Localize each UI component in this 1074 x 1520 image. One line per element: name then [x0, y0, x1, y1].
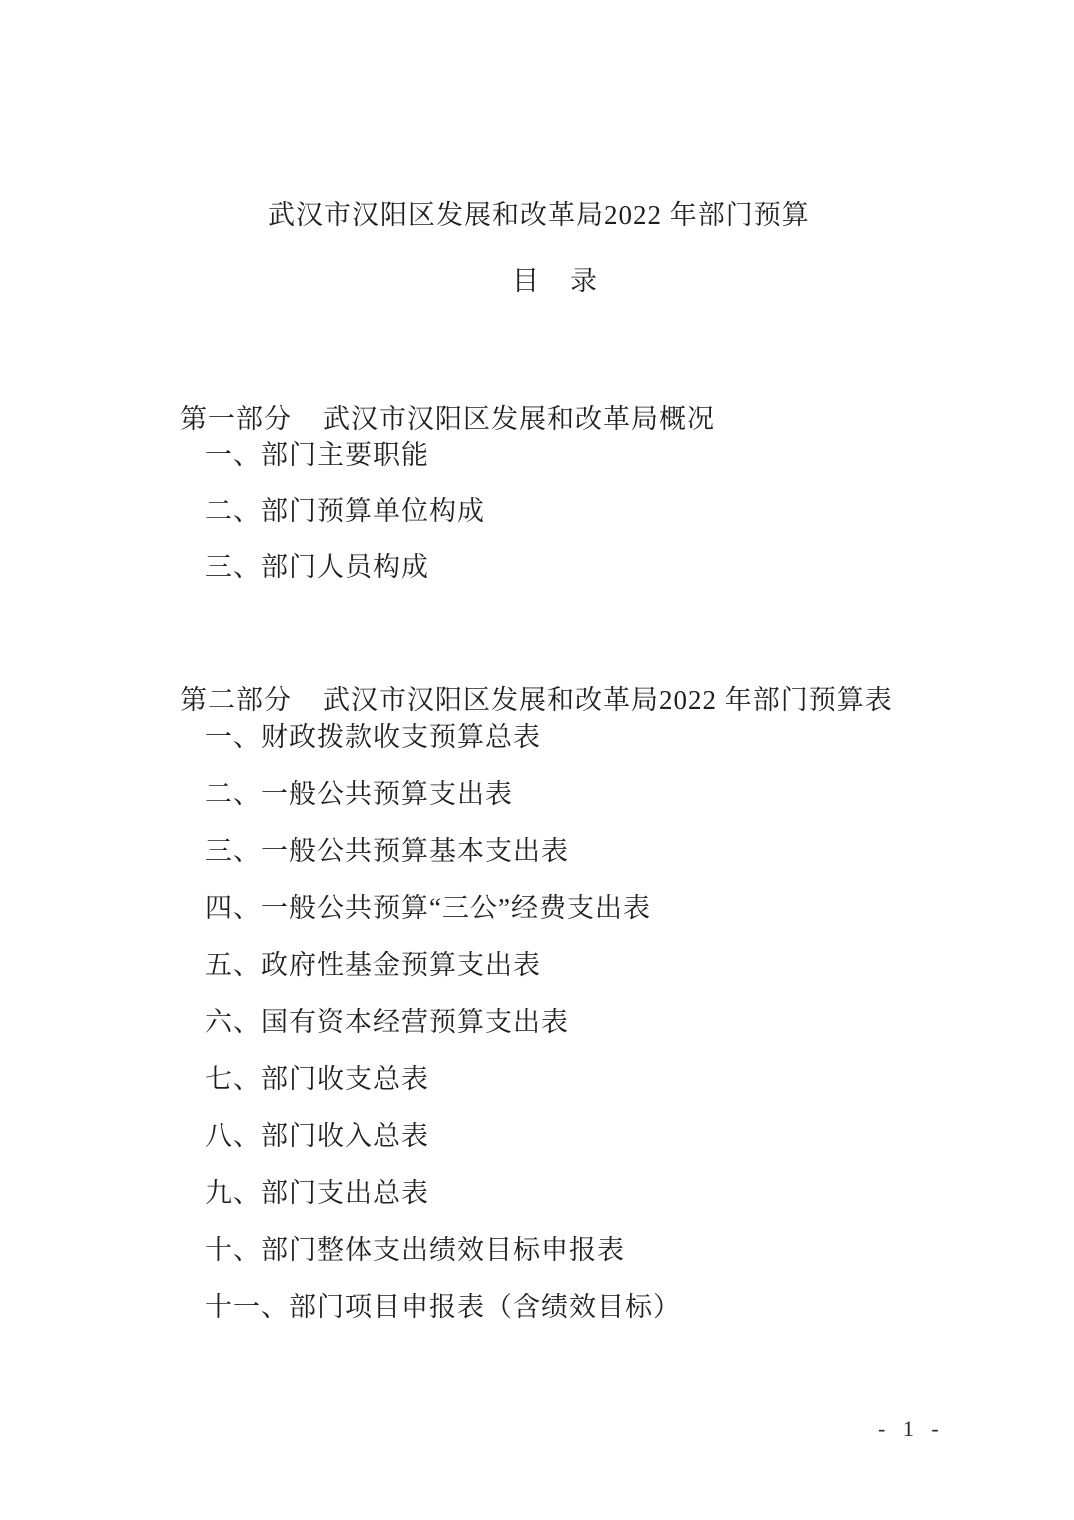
toc-item: 七、部门收支总表	[205, 1064, 429, 1094]
toc-item: 四、一般公共预算“三公”经费支出表	[205, 893, 651, 923]
toc-item: 二、一般公共预算支出表	[205, 779, 513, 809]
section-1-title: 武汉市汉阳区发展和改革局概况	[323, 404, 715, 434]
section-2-label: 第二部分	[180, 685, 292, 715]
toc-item: 五、政府性基金预算支出表	[205, 950, 541, 980]
toc-item: 一、财政拨款收支预算总表	[205, 722, 541, 752]
toc-item: 八、部门收入总表	[205, 1121, 429, 1151]
page-number: - 1 -	[878, 1416, 945, 1442]
toc-item: 十一、部门项目申报表（含绩效目标）	[205, 1292, 681, 1322]
toc-item: 三、一般公共预算基本支出表	[205, 836, 569, 866]
toc-heading: 目 录	[512, 266, 599, 296]
section-1-label: 第一部分	[180, 404, 292, 434]
toc-item: 一、部门主要职能	[205, 440, 429, 470]
section-2-title: 武汉市汉阳区发展和改革局2022 年部门预算表	[323, 685, 893, 715]
toc-item: 十、部门整体支出绩效目标申报表	[205, 1235, 625, 1265]
toc-item: 三、部门人员构成	[205, 552, 429, 582]
document-page: 武汉市汉阳区发展和改革局2022 年部门预算 目 录 第一部分武汉市汉阳区发展和…	[0, 0, 1074, 1520]
document-title: 武汉市汉阳区发展和改革局2022 年部门预算	[268, 200, 810, 230]
toc-item: 二、部门预算单位构成	[205, 496, 485, 526]
toc-item: 六、国有资本经营预算支出表	[205, 1007, 569, 1037]
toc-item: 九、部门支出总表	[205, 1178, 429, 1208]
